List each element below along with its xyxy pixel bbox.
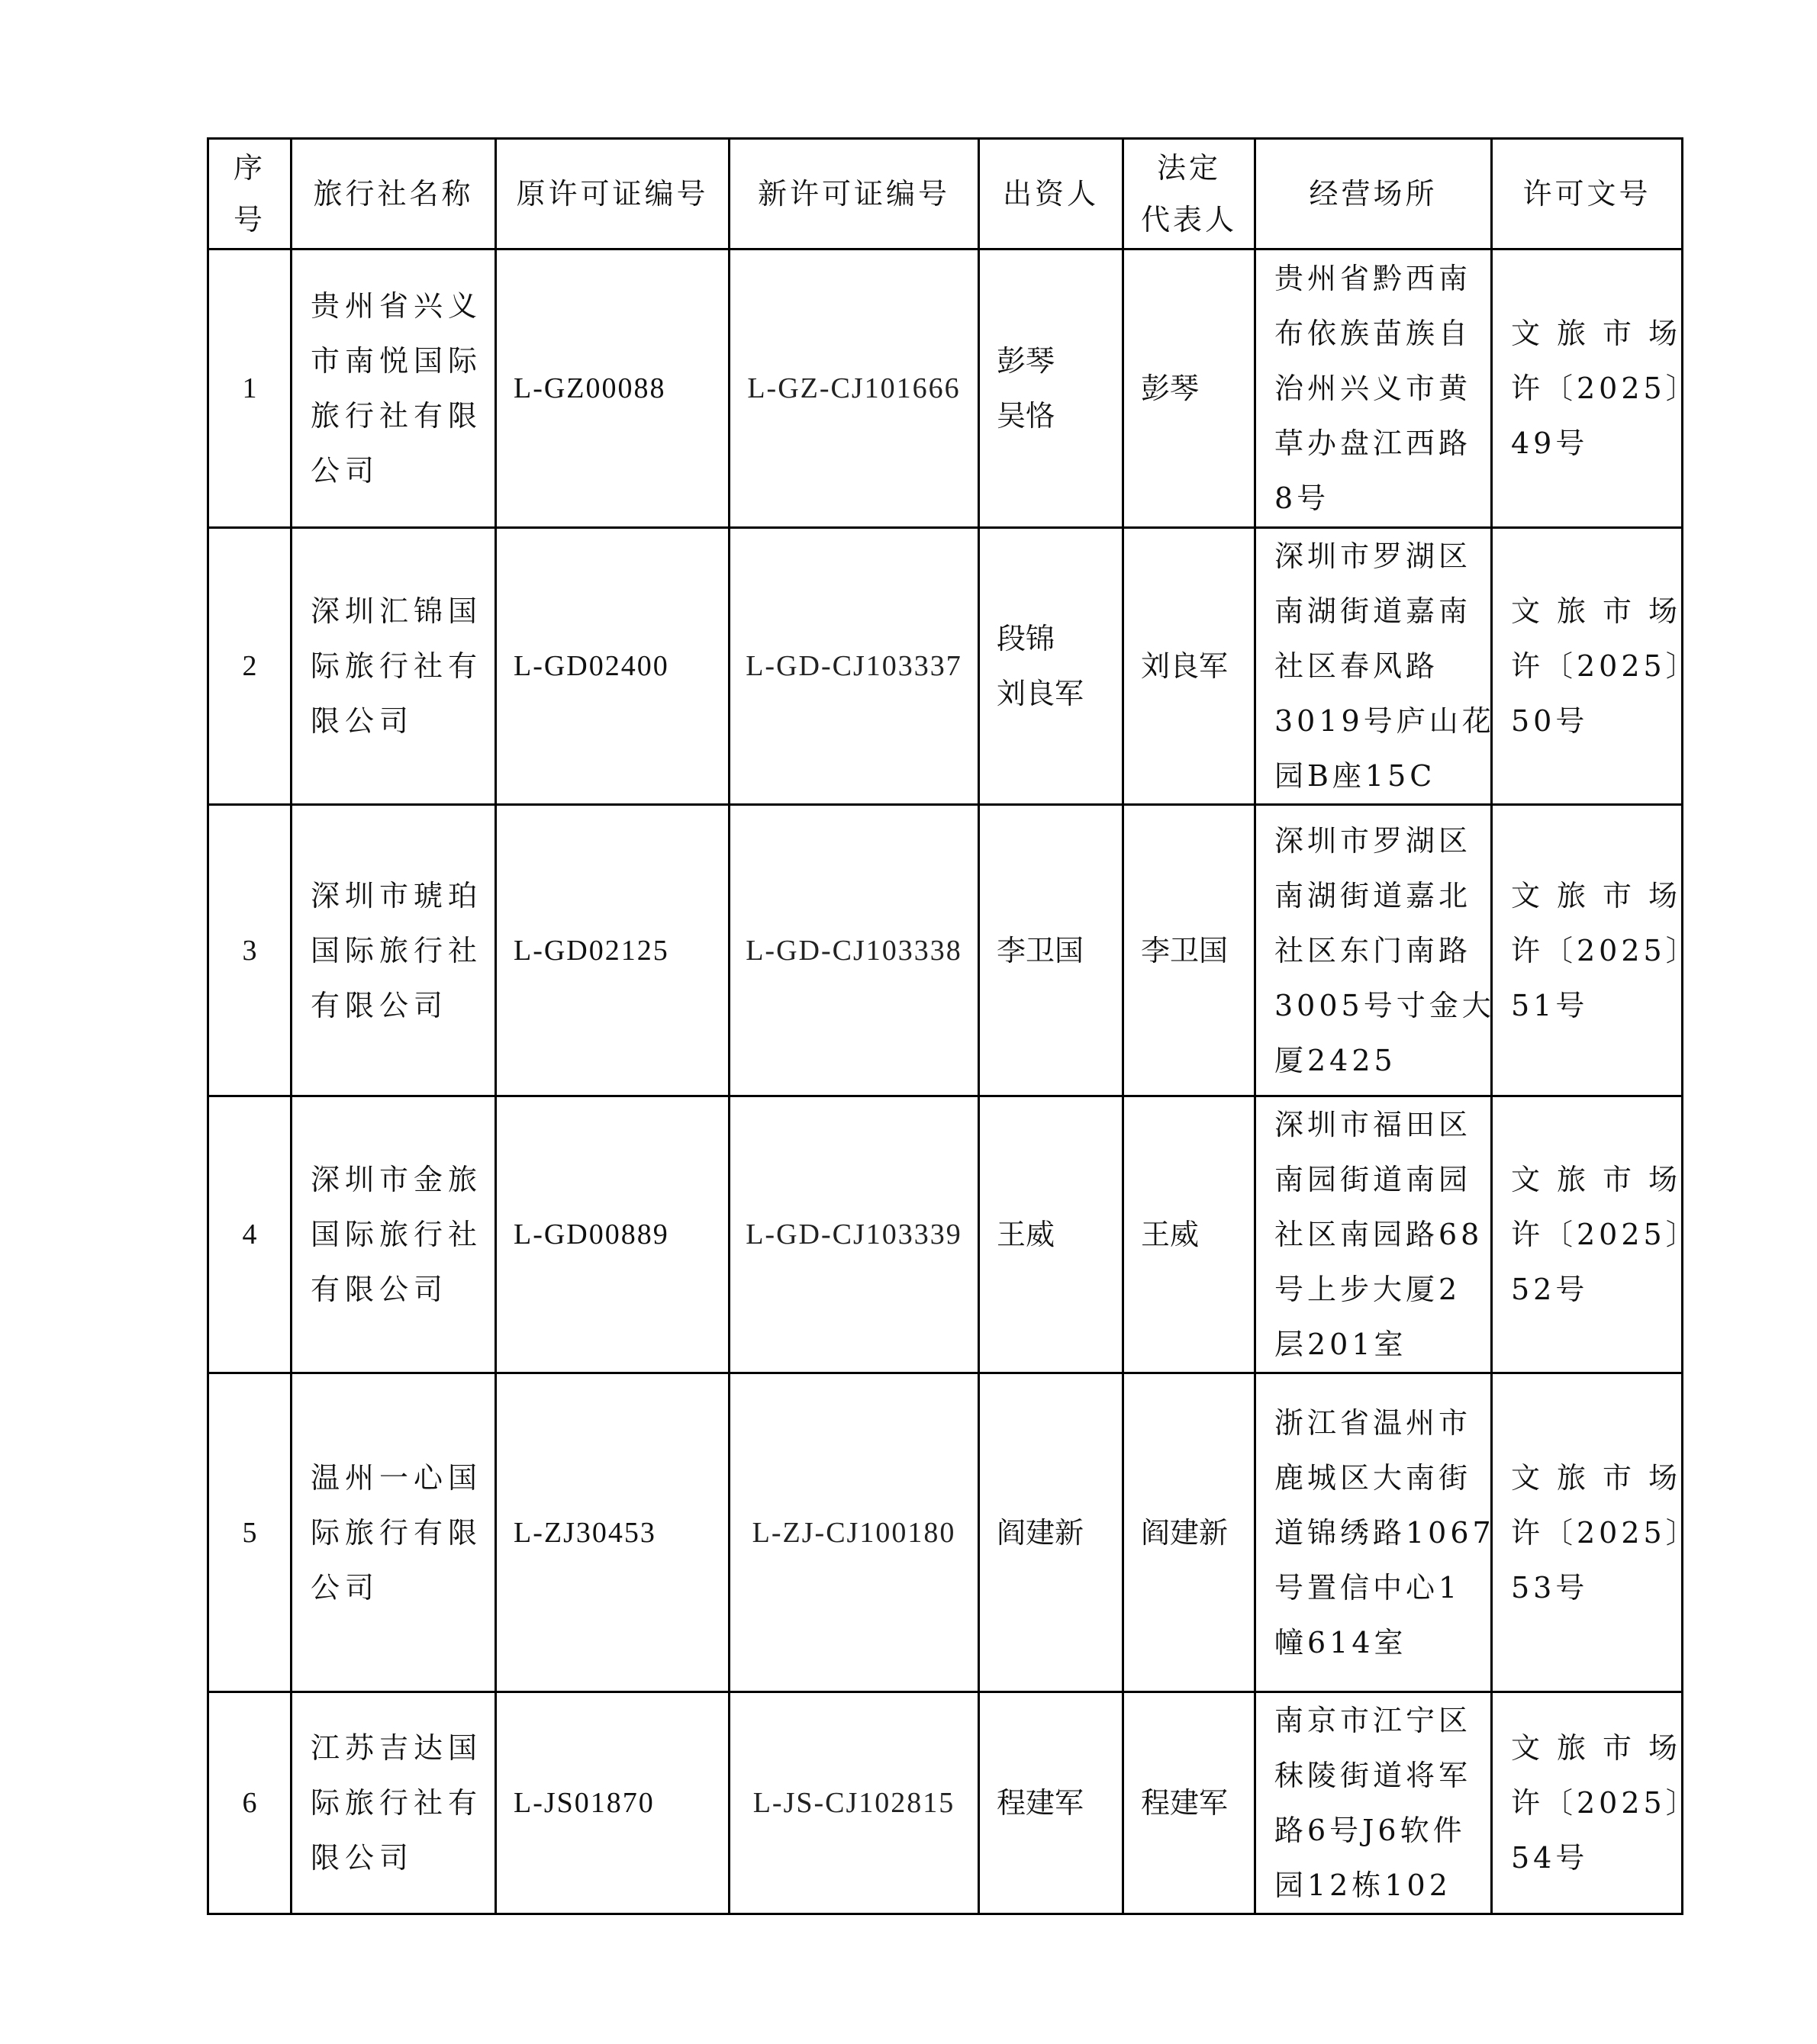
text-line: 段锦 bbox=[997, 611, 1122, 666]
text-line: 市南悦国际 bbox=[311, 333, 485, 388]
text-line: 温州一心国 bbox=[311, 1450, 485, 1505]
text-line: 文旅市场 bbox=[1511, 1152, 1669, 1207]
header-legal-rep-line-1: 法定 bbox=[1124, 142, 1254, 194]
cell-address: 南京市江宁区 秣陵街道将军 路6号J6软件 园12栋102 bbox=[1255, 1692, 1492, 1914]
cell-old-license: L-GZ00088 bbox=[496, 249, 730, 528]
text-line: 南园街道南园 bbox=[1274, 1152, 1480, 1207]
text-line: 程建军 bbox=[997, 1775, 1122, 1830]
cell-address: 贵州省黔西南 布依族苗族自 治州兴义市黄 草办盘江西路 8号 bbox=[1255, 249, 1492, 528]
cell-address: 深圳市罗湖区 南湖街道嘉北 社区东门南路 3005号寸金大 厦2425 bbox=[1255, 805, 1492, 1096]
text-line: 社区东门南路 bbox=[1274, 923, 1480, 978]
text-line: 公司 bbox=[311, 1560, 485, 1615]
text-line: 国际旅行社 bbox=[311, 1207, 485, 1262]
text-line: 贵州省兴义 bbox=[311, 278, 485, 333]
table-row: 6 江苏吉达国 际旅行社有 限公司 L-JS01870 L-JS-CJ10281… bbox=[208, 1692, 1683, 1914]
text-line: 布依族苗族自 bbox=[1274, 306, 1480, 361]
cell-new-license: L-JS-CJ102815 bbox=[730, 1692, 979, 1914]
text-line: 51号 bbox=[1511, 978, 1669, 1033]
text-line: 许〔2025〕 bbox=[1511, 639, 1669, 694]
header-row: 序 号 旅行社名称 原许可证编号 新许可证编号 出资人 法定 代表人 经营场所 … bbox=[208, 139, 1683, 249]
text-line: 际旅行社有 bbox=[311, 639, 485, 694]
cell-old-license: L-GD02125 bbox=[496, 805, 730, 1096]
text-line: 王威 bbox=[997, 1207, 1122, 1262]
text-line: 深圳市琥珀 bbox=[311, 868, 485, 923]
text-line: 8号 bbox=[1274, 471, 1480, 526]
cell-investor: 王威 bbox=[979, 1096, 1123, 1373]
header-index-line-1: 序 bbox=[209, 142, 290, 194]
text-line: 53号 bbox=[1511, 1560, 1669, 1615]
cell-old-license: L-GD02400 bbox=[496, 528, 730, 805]
cell-new-license: L-GD-CJ103339 bbox=[730, 1096, 979, 1373]
cell-address: 深圳市罗湖区 南湖街道嘉南 社区春风路 3019号庐山花 园B座15C bbox=[1255, 528, 1492, 805]
cell-index: 5 bbox=[208, 1373, 292, 1692]
text-line: 深圳汇锦国 bbox=[311, 584, 485, 639]
cell-agency-name: 江苏吉达国 际旅行社有 限公司 bbox=[292, 1692, 496, 1914]
cell-permit-doc: 文旅市场 许〔2025〕 52号 bbox=[1492, 1096, 1683, 1373]
text-line: 阎建新 bbox=[997, 1505, 1122, 1560]
text-line: 文旅市场 bbox=[1511, 306, 1669, 361]
cell-new-license: L-GD-CJ103338 bbox=[730, 805, 979, 1096]
cell-legal-rep: 阎建新 bbox=[1123, 1373, 1255, 1692]
cell-new-license: L-GZ-CJ101666 bbox=[730, 249, 979, 528]
cell-legal-rep: 程建军 bbox=[1123, 1692, 1255, 1914]
text-line: 限公司 bbox=[311, 1830, 485, 1885]
cell-index: 3 bbox=[208, 805, 292, 1096]
text-line: 园12栋102 bbox=[1274, 1858, 1480, 1913]
cell-address: 深圳市福田区 南园街道南园 社区南园路68 号上步大厦2 层201室 bbox=[1255, 1096, 1492, 1373]
text-line: 文旅市场 bbox=[1511, 584, 1669, 639]
cell-old-license: L-JS01870 bbox=[496, 1692, 730, 1914]
cell-permit-doc: 文旅市场 许〔2025〕 50号 bbox=[1492, 528, 1683, 805]
text-line: 道锦绣路1067 bbox=[1274, 1505, 1480, 1560]
cell-index: 2 bbox=[208, 528, 292, 805]
text-line: 刘良军 bbox=[997, 666, 1122, 721]
cell-address: 浙江省温州市 鹿城区大南街 道锦绣路1067 号置信中心1 幢614室 bbox=[1255, 1373, 1492, 1692]
cell-legal-rep: 彭琴 bbox=[1123, 249, 1255, 528]
text-line: 彭琴 bbox=[997, 333, 1122, 388]
text-line: 深圳市金旅 bbox=[311, 1152, 485, 1207]
text-line: 际旅行社有 bbox=[311, 1775, 485, 1830]
cell-permit-doc: 文旅市场 许〔2025〕 51号 bbox=[1492, 805, 1683, 1096]
text-line: 深圳市罗湖区 bbox=[1274, 529, 1480, 584]
text-line: 50号 bbox=[1511, 694, 1669, 748]
cell-agency-name: 深圳市琥珀 国际旅行社 有限公司 bbox=[292, 805, 496, 1096]
text-line: 文旅市场 bbox=[1511, 868, 1669, 923]
text-line: 号上步大厦2 bbox=[1274, 1262, 1480, 1317]
text-line: 许〔2025〕 bbox=[1511, 923, 1669, 978]
text-line: 文旅市场 bbox=[1511, 1450, 1669, 1505]
text-line: 南京市江宁区 bbox=[1274, 1693, 1480, 1748]
table-row: 1 贵州省兴义 市南悦国际 旅行社有限 公司 L-GZ00088 L-GZ-CJ… bbox=[208, 249, 1683, 528]
text-line: 公司 bbox=[311, 443, 485, 498]
cell-old-license: L-GD00889 bbox=[496, 1096, 730, 1373]
cell-permit-doc: 文旅市场 许〔2025〕 53号 bbox=[1492, 1373, 1683, 1692]
cell-legal-rep: 王威 bbox=[1123, 1096, 1255, 1373]
cell-legal-rep: 刘良军 bbox=[1123, 528, 1255, 805]
text-line: 52号 bbox=[1511, 1262, 1669, 1317]
text-line: 有限公司 bbox=[311, 1262, 485, 1317]
text-line: 国际旅行社 bbox=[311, 923, 485, 978]
text-line: 吴恪 bbox=[997, 388, 1122, 443]
header-index-line-2: 号 bbox=[209, 194, 290, 246]
text-line: 49号 bbox=[1511, 416, 1669, 471]
text-line: 层201室 bbox=[1274, 1317, 1480, 1372]
text-line: 许〔2025〕 bbox=[1511, 1505, 1669, 1560]
table-row: 2 深圳汇锦国 际旅行社有 限公司 L-GD02400 L-GD-CJ10333… bbox=[208, 528, 1683, 805]
table-row: 3 深圳市琥珀 国际旅行社 有限公司 L-GD02125 L-GD-CJ1033… bbox=[208, 805, 1683, 1096]
cell-investor: 李卫国 bbox=[979, 805, 1123, 1096]
text-line: 社区春风路 bbox=[1274, 639, 1480, 694]
header-legal-rep: 法定 代表人 bbox=[1123, 139, 1255, 249]
text-line: 贵州省黔西南 bbox=[1274, 251, 1480, 306]
text-line: 文旅市场 bbox=[1511, 1721, 1669, 1775]
header-permit-doc: 许可文号 bbox=[1492, 139, 1683, 249]
cell-agency-name: 贵州省兴义 市南悦国际 旅行社有限 公司 bbox=[292, 249, 496, 528]
text-line: 社区南园路68 bbox=[1274, 1207, 1480, 1262]
text-line: 园B座15C bbox=[1274, 748, 1480, 803]
text-line: 治州兴义市黄 bbox=[1274, 361, 1480, 416]
cell-index: 4 bbox=[208, 1096, 292, 1373]
header-new-license: 新许可证编号 bbox=[730, 139, 979, 249]
text-line: 许〔2025〕 bbox=[1511, 1775, 1669, 1830]
header-agency-name: 旅行社名称 bbox=[292, 139, 496, 249]
text-line: 江苏吉达国 bbox=[311, 1721, 485, 1775]
cell-agency-name: 深圳市金旅 国际旅行社 有限公司 bbox=[292, 1096, 496, 1373]
travel-agency-license-table: 序 号 旅行社名称 原许可证编号 新许可证编号 出资人 法定 代表人 经营场所 … bbox=[207, 137, 1683, 1915]
cell-permit-doc: 文旅市场 许〔2025〕 54号 bbox=[1492, 1692, 1683, 1914]
text-line: 限公司 bbox=[311, 694, 485, 748]
cell-old-license: L-ZJ30453 bbox=[496, 1373, 730, 1692]
text-line: 号置信中心1 bbox=[1274, 1560, 1480, 1615]
cell-investor: 阎建新 bbox=[979, 1373, 1123, 1692]
text-line: 3019号庐山花 bbox=[1274, 694, 1480, 748]
text-line: 深圳市福田区 bbox=[1274, 1097, 1480, 1152]
cell-index: 1 bbox=[208, 249, 292, 528]
text-line: 54号 bbox=[1511, 1830, 1669, 1885]
text-line: 有限公司 bbox=[311, 978, 485, 1033]
cell-legal-rep: 李卫国 bbox=[1123, 805, 1255, 1096]
text-line: 鹿城区大南街 bbox=[1274, 1450, 1480, 1505]
text-line: 草办盘江西路 bbox=[1274, 416, 1480, 471]
text-line: 秣陵街道将军 bbox=[1274, 1748, 1480, 1803]
text-line: 3005号寸金大 bbox=[1274, 978, 1480, 1033]
text-line: 深圳市罗湖区 bbox=[1274, 813, 1480, 868]
text-line: 许〔2025〕 bbox=[1511, 1207, 1669, 1262]
cell-new-license: L-ZJ-CJ100180 bbox=[730, 1373, 979, 1692]
text-line: 许〔2025〕 bbox=[1511, 361, 1669, 416]
text-line: 幢614室 bbox=[1274, 1615, 1480, 1670]
header-old-license: 原许可证编号 bbox=[496, 139, 730, 249]
header-investor: 出资人 bbox=[979, 139, 1123, 249]
cell-new-license: L-GD-CJ103337 bbox=[730, 528, 979, 805]
cell-agency-name: 温州一心国 际旅行有限 公司 bbox=[292, 1373, 496, 1692]
header-address: 经营场所 bbox=[1255, 139, 1492, 249]
text-line: 路6号J6软件 bbox=[1274, 1803, 1480, 1858]
header-index: 序 号 bbox=[208, 139, 292, 249]
table-row: 4 深圳市金旅 国际旅行社 有限公司 L-GD00889 L-GD-CJ1033… bbox=[208, 1096, 1683, 1373]
header-legal-rep-line-2: 代表人 bbox=[1124, 194, 1254, 246]
text-line: 旅行社有限 bbox=[311, 388, 485, 443]
cell-investor: 段锦 刘良军 bbox=[979, 528, 1123, 805]
cell-investor: 程建军 bbox=[979, 1692, 1123, 1914]
text-line: 厦2425 bbox=[1274, 1033, 1480, 1088]
text-line: 李卫国 bbox=[997, 923, 1122, 978]
cell-agency-name: 深圳汇锦国 际旅行社有 限公司 bbox=[292, 528, 496, 805]
text-line: 际旅行有限 bbox=[311, 1505, 485, 1560]
text-line: 南湖街道嘉南 bbox=[1274, 584, 1480, 639]
text-line: 浙江省温州市 bbox=[1274, 1395, 1480, 1450]
text-line: 南湖街道嘉北 bbox=[1274, 868, 1480, 923]
table-row: 5 温州一心国 际旅行有限 公司 L-ZJ30453 L-ZJ-CJ100180… bbox=[208, 1373, 1683, 1692]
cell-index: 6 bbox=[208, 1692, 292, 1914]
cell-investor: 彭琴 吴恪 bbox=[979, 249, 1123, 528]
cell-permit-doc: 文旅市场 许〔2025〕 49号 bbox=[1492, 249, 1683, 528]
